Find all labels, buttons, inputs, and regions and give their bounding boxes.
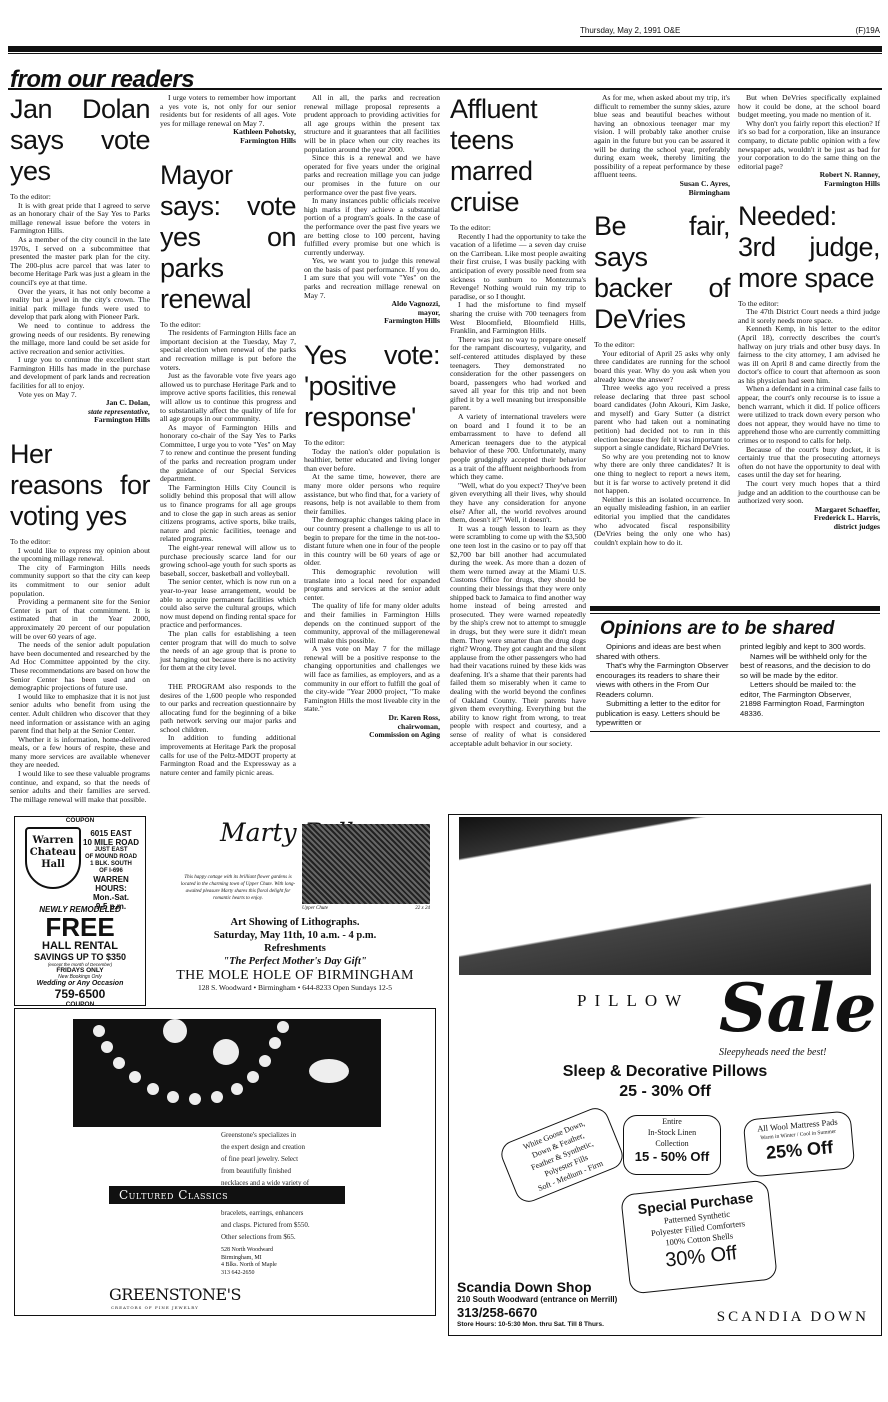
paragraph: A variety of international travelers wer… [450,413,586,482]
logo-line: Chateau [27,847,79,859]
paragraph: I urge voters to remember how important … [160,94,296,128]
address-line: OF MOUND ROAD [83,854,139,861]
headline: Affluent teens marred cruise [450,94,586,218]
headline: Her reasons for voting yes [10,439,150,532]
paragraph: It is with great pride that I agreed to … [10,202,150,236]
letter-be-fair: Be fair, says backer of DeVries To the e… [594,211,730,547]
signature-city: Farmington Hills [304,317,440,326]
coupon-label: COUPON [15,817,145,824]
event-refreshments: Refreshments [150,942,440,955]
cultured-classics-band: Cultured Classics [109,1186,345,1204]
headline: Be fair, says backer of DeVries [594,211,730,335]
paragraph: Names will be withheld only for the best… [740,652,874,681]
paragraph: So why are you pretending not to know wh… [594,453,730,496]
paragraph: Neither is this an isolated occurrence. … [594,496,730,548]
paragraph: The demographic changes taking place in … [304,516,440,568]
column-5: As for me, when asked about my trip, it'… [594,94,730,547]
paragraph: Recently I had the opportunity to take t… [450,233,586,302]
opinions-right: printed legibly and kept to 300 words. N… [740,642,874,728]
signature-city: Farmington Hills [160,137,296,146]
headline-pillows: Sleep & Decorative Pillows [449,1063,881,1081]
ad-scandia-down: PILLOW Sale Sleepyheads need the best! S… [448,814,882,1336]
column-3: All in all, the parks and recreation ren… [304,94,440,740]
folio-page-number: (F)19A [856,26,880,35]
copy-line: Greenstone's specializes in [221,1129,341,1141]
folio-date: Thursday, May 2, 1991 O&E [580,26,680,35]
paragraph: Letters should be mailed to: the editor,… [740,680,874,718]
paragraph: But when DeVries specifically explained … [738,94,880,120]
paragraph: We need to continue to address the growi… [10,322,150,356]
signature-city: Birmingham [594,189,730,198]
hours-line: HOURS: [83,884,139,893]
letter-needed-judge: Needed: 3rd judge, more space To the edi… [738,201,880,532]
copy-line: the expert design and creation [221,1141,341,1153]
headline: Jan Dolan says vote yes [10,94,150,187]
paragraph: Your editorial of April 25 asks why only… [594,350,730,384]
paragraph: Kenneth Kemp, in his letter to the edito… [738,325,880,385]
image-size: 22 x 24 [415,906,430,911]
shop-address: 210 South Woodward (entrance on Merrill) [457,1295,617,1305]
signature-org: Commission on Aging [304,731,440,740]
paragraph: The plan calls for establishing a teen c… [160,630,296,673]
copy-line: of fine pearl jewelry. Select [221,1153,341,1165]
paragraph: The Farmington Hills City Council is sol… [160,484,296,544]
header-rule-thin [8,53,882,54]
address-line: Birmingham, MI [221,1255,277,1263]
pillow-photo [459,817,871,975]
paragraph: When a defendant in a criminal case fail… [738,385,880,445]
address-line: 313 642-2650 [221,1270,277,1278]
paragraph: "Well, what do you expect? They've been … [450,482,586,525]
sale-script: Sale [719,975,877,1041]
letter-mayor: Mayor says: vote yes on parks renewal To… [160,160,296,778]
opinions-title: Opinions are to be shared [600,618,880,640]
paragraph: At the same time, however, there are man… [304,473,440,516]
column-1: Jan Dolan says vote yes To the editor: I… [10,94,150,804]
image-caption: Upper Chute [302,906,328,911]
paragraph: I would like to emphasize that it is not… [10,693,150,736]
copy-line: Other selections from $65. [221,1231,351,1243]
address-line: 1 BLK. SOUTH [83,861,139,868]
event-date: Saturday, May 11th, 10 a.m. - 4 p.m. [150,929,440,942]
ad-warren-chateau-coupon[interactable]: COUPON Warren Chateau Hall 6015 EAST 10 … [14,816,146,1006]
opinions-box: Opinions are to be shared Opinions and i… [590,606,880,732]
greenstones-copy-2: bracelets, earrings, enhancers and clasp… [221,1207,351,1243]
paragraph: Whether it is information, home-delivere… [10,736,150,770]
paragraph: Today the nation's older population is h… [304,448,440,474]
bubble-fills: White Goose Down, Down & Feather, Feathe… [497,1104,627,1206]
address-line: 4 Blks. North of Maple [221,1262,277,1270]
paragraph: In addition to funding additional improv… [160,734,296,777]
paragraph: The eight-year renewal will allow us to … [160,544,296,578]
event-slogan: "The Perfect Mother's Day Gift" [150,955,440,969]
bubble-special-purchase: Special Purchase Patterned Synthetic Pol… [620,1180,778,1295]
paragraph: I would like to express my opinion about… [10,547,150,564]
shop-info: Scandia Down Shop 210 South Woodward (en… [457,1279,617,1329]
paragraph: Why don't you fairly report this electio… [738,120,880,172]
event-title: Art Showing of Lithographs. [150,916,440,929]
letter-her-reasons: Her reasons for voting yes To the editor… [10,439,150,804]
greenstones-logo-sub: CREATORS OF FINE JEWELRY [111,1305,199,1310]
logo-line: Hall [27,859,79,871]
free-label: FREE [21,914,139,940]
wedding-label: Wedding or Any Occasion [21,980,139,987]
phone-number: 759-6500 [21,987,139,1001]
signature-city: Farmington Hills [738,180,880,189]
address-line: JUST EAST [83,847,139,854]
paragraph: I would like to see these valuable progr… [10,770,150,804]
paragraph: As for me, when asked about my trip, it'… [594,94,730,180]
paragraph: The city of Farmington Hills needs commu… [10,564,150,598]
column-2: I urge voters to remember how important … [160,94,296,777]
shop-hours: Store Hours: 10-5:30 Mon. thru Sat. Till… [457,1320,617,1329]
address-line: WARREN [83,875,139,884]
paragraph: Because of the court's busy docket, it i… [738,446,880,480]
bubble-line: In-Stock Linen [624,1127,720,1138]
headline-discount: 25 - 30% Off [449,1083,881,1101]
address-line: OF I-696 [83,868,139,875]
paragraph: All in all, the parks and recreation ren… [304,94,440,154]
paragraph: Yes, we want you to judge this renewal o… [304,257,440,300]
paragraph: It was a tough lesson to learn as they w… [450,525,586,748]
savings-label: SAVINGS UP TO $350 [21,952,139,962]
paragraph: A yes vote on May 7 for the millage rene… [304,645,440,714]
paragraph: printed legibly and kept to 300 words. [740,642,874,652]
headline: Yes vote: 'positive response' [304,340,440,433]
headline: Mayor says: vote yes on parks renewal [160,160,296,315]
box-rule [590,606,880,611]
artist-blurb: This happy cottage with its brilliant fl… [178,874,298,902]
paragraph: Just as the favorable vote five years ag… [160,372,296,424]
fridays-label: FRIDAYS ONLY [21,967,139,974]
greenstones-address: 528 North Woodward Birmingham, MI 4 Blks… [221,1247,277,1277]
paragraph: Three weeks ago you received a press rel… [594,384,730,453]
address-line: 528 North Woodward [221,1247,277,1255]
copy-line: and clasps. Pictured from $550. [221,1219,351,1231]
paragraph: Opinions and ideas are best when shared … [596,642,730,661]
paragraph: The 47th District Court needs a third ju… [738,308,880,325]
pearl-jewelry-image [73,1019,381,1127]
paragraph: I urge you to continue the excellent sta… [10,356,150,390]
signature-title: district judges [738,523,880,532]
bubble-discount: 15 - 50% Off [624,1149,720,1164]
paragraph: The quality of life for many older adult… [304,602,440,645]
box-rule-bottom [590,731,880,732]
opinions-left: Opinions and ideas are best when shared … [596,642,730,728]
copy-line: from beautifully finished [221,1165,341,1177]
paragraph: Since this is a renewal and we have oper… [304,154,440,197]
paragraph: The court very much hopes that a third j… [738,480,880,506]
pillow-label: PILLOW [577,991,689,1011]
letter-jan-dolan: Jan Dolan says vote yes To the editor: I… [10,94,150,425]
page-folio: Thursday, May 2, 1991 O&E (F)19A [580,26,880,37]
letter-yes-vote: Yes vote: 'positive response' To the edi… [304,340,440,740]
paragraph: In many instances public officials recei… [304,197,440,257]
lithograph-image [302,824,430,904]
chateau-address: 6015 EAST 10 MILE ROAD JUST EAST OF MOUN… [83,829,139,911]
paragraph: There was just no way to prepare oneself… [450,336,586,413]
coupon-label: COUPON [21,1001,139,1008]
shop-name: Scandia Down Shop [457,1279,617,1295]
bubble-mattress-pads: All Wool Mattress Pads Warm in Winter / … [743,1110,856,1177]
paragraph: I had the misfortune to find myself shar… [450,301,586,335]
column-6: But when DeVries specifically explained … [738,94,880,532]
paragraph: Providing a permanent site for the Senio… [10,598,150,641]
headline: Needed: 3rd judge, more space [738,201,880,294]
logo-line: Warren [27,835,79,847]
store-name: THE MOLE HOLE OF BIRMINGHAM [150,969,440,983]
paragraph: Over the years, it has not only become a… [10,288,150,322]
ad-greenstones: Greenstone's specializes in the expert d… [14,1008,436,1316]
paragraph: The senior center, which is now run on a… [160,578,296,630]
greenstones-copy: Greenstone's specializes in the expert d… [221,1129,341,1189]
section-rule [8,88,882,90]
paragraph: THE PROGRAM also responds to the desires… [160,683,296,735]
shop-phone: 313/258-6670 [457,1305,617,1320]
paragraph: As a member of the city council in the l… [10,236,150,288]
hall-rental-label: HALL RENTAL [21,940,139,952]
scandia-logo: SCANDIA DOWN [717,1309,869,1326]
header-rule [8,46,882,52]
paragraph: Submitting a letter to the editor for pu… [596,699,730,728]
signature-city: Farmington Hills [10,416,150,425]
column-4: Affluent teens marred cruise To the edit… [450,94,586,748]
paragraph: That's why the Farmington Observer encou… [596,661,730,699]
chateau-shield-logo: Warren Chateau Hall [25,827,81,889]
ad-mole-hole: Marty Bell This happy cottage with its b… [150,814,440,1014]
paragraph: As mayor of Farmington Hills and honorar… [160,424,296,484]
paragraph: The needs of the senior adult population… [10,641,150,693]
paragraph: The residents of Farmington Hills face a… [160,329,296,372]
store-address: 128 S. Woodward • Birmingham • 644-8233 … [150,983,440,992]
copy-line: bracelets, earrings, enhancers [221,1207,351,1219]
paragraph: This demographic revolution will transla… [304,568,440,602]
bubble-linen: Entire In-Stock Linen Collection 15 - 50… [623,1115,721,1175]
hours-line: Mon.-Sat. [83,893,139,902]
bubble-line: Entire [624,1116,720,1127]
letter-affluent-teens: Affluent teens marred cruise To the edit… [450,94,586,748]
bubble-line: Collection [624,1138,720,1149]
box-rule-thin [590,613,880,614]
tagline: Sleepyheads need the best! [719,1047,826,1058]
greenstones-logo: GREENSTONE'S [109,1285,241,1304]
address-line: 6015 EAST [83,829,139,838]
address-line: 10 MILE ROAD [83,838,139,847]
